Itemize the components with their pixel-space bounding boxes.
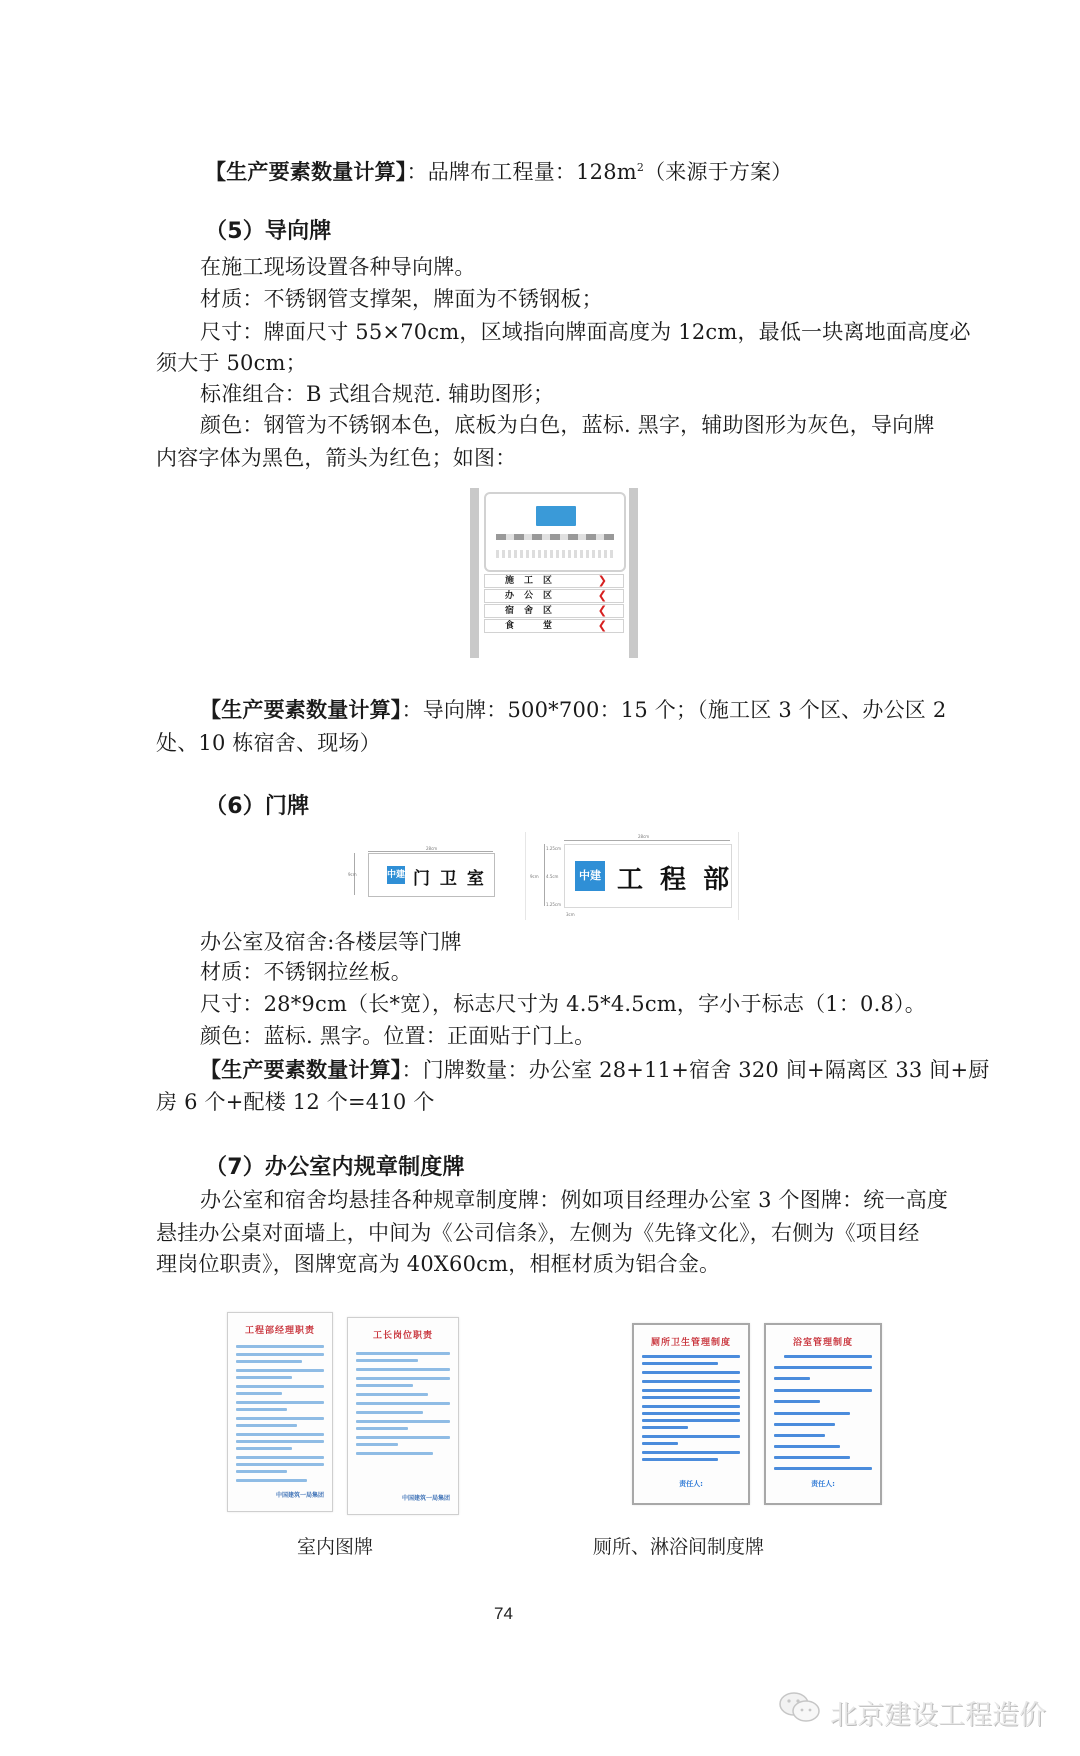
- calc-label: 【生产要素数量计算】: [200, 1058, 402, 1082]
- dimension-label: 1.25cm: [546, 846, 561, 851]
- page-number: 74: [494, 1604, 513, 1624]
- dimension-label: 28cm: [426, 846, 437, 851]
- company-logo-icon: 中建: [575, 861, 605, 891]
- company-logo-icon: 中建: [387, 866, 405, 884]
- door-plate-engineering-figure: 28cm 1.25cm 4.5cm 1.25cm 9cm 3cm 中建 工 程 …: [525, 832, 739, 920]
- paragraph-line: 颜色：钢管为不锈钢本色，底板为白色，蓝标. 黑字，辅助图形为灰色，导向牌: [200, 411, 935, 439]
- dimension-label: 9cm: [348, 872, 357, 877]
- paragraph-line: 尺寸：28*9cm（长*宽），标志尺寸为 4.5*4.5cm，字小于标志（1：0…: [200, 990, 926, 1018]
- paragraph-line: 标准组合：B 式组合规范. 辅助图形；: [200, 380, 554, 408]
- sign-row-label: 施工区: [505, 575, 562, 587]
- door-plate: 中建 门 卫 室: [368, 853, 495, 897]
- auxiliary-pattern: [496, 550, 614, 558]
- board-toilet-rules: 厕所卫生管理制度 责任人:: [632, 1323, 750, 1505]
- blurred-text: [496, 534, 614, 540]
- arrow-left-icon: ❮: [598, 590, 607, 602]
- paragraph-line: 在施工现场设置各种导向牌。: [200, 253, 476, 281]
- calc-tail: （来源于方案）: [644, 160, 792, 184]
- board-shower-rules: 浴室管理制度 责任人:: [764, 1323, 882, 1505]
- calc-text: ：门牌数量：办公室 28+11+宿舍 320 间+隔离区 33 间+厨: [402, 1058, 990, 1082]
- calc-line-continued: 处、10 栋宿舍、现场）: [156, 729, 381, 757]
- sign-header-panel: [484, 492, 626, 572]
- paragraph-line: 理岗位职责》，图牌宽高为 40X60cm，相框材质为铝合金。: [156, 1250, 720, 1278]
- arrow-left-icon: ❮: [598, 605, 607, 617]
- paragraph-line: 尺寸：牌面尺寸 55×70cm，区域指向牌面高度为 12cm，最低一块离地面高度…: [200, 318, 971, 346]
- dimension-line: [544, 844, 545, 906]
- paragraph-line: 办公室及宿舍:各楼层等门牌: [200, 928, 462, 956]
- paragraph-line: 内容字体为黑色，箭头为红色；如图：: [156, 444, 516, 472]
- watermark-text: 北京建设工程造价: [830, 1700, 1046, 1731]
- dimension-label: 9cm: [530, 874, 539, 879]
- paragraph-line: 须大于 50cm；: [156, 349, 307, 377]
- calc-line-brand-cloth: 【生产要素数量计算】：品牌布工程量：128m2（来源于方案）: [205, 154, 793, 186]
- paragraph-line: 材质：不锈钢拉丝板。: [200, 958, 412, 986]
- paragraph-line: 办公室和宿舍均悬挂各种规章制度牌：例如项目经理办公室 3 个图牌：统一高度: [200, 1186, 948, 1214]
- sign-row: 食 堂 ❮: [484, 619, 624, 633]
- sign-pole-right: [629, 488, 638, 658]
- door-plate-guard-figure: 28cm 9cm 中建 门 卫 室: [348, 846, 498, 902]
- sign-row-label: 宿舍区: [505, 605, 562, 617]
- calc-line-continued: 房 6 个+配楼 12 个=410 个: [156, 1088, 435, 1116]
- paragraph-line: 颜色：蓝标. 黑字。位置：正面贴于门上。: [200, 1022, 595, 1050]
- dimension-label: 3cm: [566, 912, 575, 917]
- board-manager-duties: 工程部经理职责 中国建筑一局集团: [227, 1312, 333, 1512]
- board-footer: 责任人:: [634, 1479, 748, 1489]
- dimension-label: 28cm: [638, 834, 649, 839]
- guide-sign-figure: 施工区 ❯ 办公区 ❮ 宿舍区 ❮ 食 堂 ❮: [470, 488, 638, 660]
- sign-row: 办公区 ❮: [484, 589, 624, 603]
- section-heading-rules-board: （7）办公室内规章制度牌: [205, 1154, 465, 1182]
- calc-line-guide-sign: 【生产要素数量计算】：导向牌：500*700：15 个；（施工区 3 个区、办公…: [200, 696, 946, 724]
- board-title: 工程部经理职责: [228, 1323, 332, 1336]
- calc-line-door-plate: 【生产要素数量计算】：门牌数量：办公室 28+11+宿舍 320 间+隔离区 3…: [200, 1056, 990, 1084]
- dimension-label: 1.25cm: [546, 902, 561, 907]
- board-title: 厕所卫生管理制度: [634, 1335, 748, 1348]
- sign-row: 施工区 ❯: [484, 574, 624, 588]
- calc-text: ：导向牌：500*700：15 个；（施工区 3 个区、办公区 2: [402, 698, 947, 722]
- calc-label: 【生产要素数量计算】: [200, 698, 402, 722]
- calc-label: 【生产要素数量计算】: [205, 160, 407, 184]
- section-heading-guide-sign: （5）导向牌: [205, 218, 332, 246]
- dimension-line: [368, 851, 493, 852]
- blue-logo: [536, 506, 576, 526]
- sign-row-label: 办公区: [505, 590, 562, 602]
- paragraph-line: 材质：不锈钢管支撑架，牌面为不锈钢板；: [200, 285, 603, 313]
- sign-row: 宿舍区 ❮: [484, 604, 624, 618]
- plate-name: 门 卫 室: [413, 864, 486, 889]
- sign-pole-left: [470, 488, 479, 658]
- board-foreman-duties: 工长岗位职责 中国建筑一局集团: [347, 1317, 459, 1515]
- board-footer: 中国建筑一局集团: [276, 1490, 324, 1499]
- board-footer: 责任人:: [766, 1479, 880, 1489]
- section-heading-door-plate: （6）门牌: [205, 793, 309, 821]
- arrow-left-icon: ❮: [598, 620, 607, 632]
- figure-caption: 厕所、淋浴间制度牌: [593, 1532, 764, 1559]
- calc-text: ：品牌布工程量：128m: [407, 160, 637, 184]
- door-plate: 中建 工 程 部: [564, 844, 732, 908]
- watermark: 北京建设工程造价: [778, 1690, 1046, 1732]
- paragraph-line: 悬挂办公桌对面墙上，中间为《公司信条》，左侧为《先锋文化》，右侧为《项目经: [156, 1219, 919, 1247]
- dimension-line: [564, 840, 730, 841]
- board-footer: 中国建筑一局集团: [402, 1493, 450, 1502]
- plate-name: 工 程 部: [617, 859, 733, 896]
- arrow-right-icon: ❯: [598, 575, 607, 587]
- sign-row-label: 食 堂: [505, 620, 562, 632]
- dimension-label: 4.5cm: [546, 874, 558, 879]
- board-title: 工长岗位职责: [348, 1328, 458, 1341]
- wechat-icon: [778, 1690, 822, 1731]
- figure-caption: 室内图牌: [297, 1532, 373, 1559]
- board-title: 浴室管理制度: [766, 1335, 880, 1348]
